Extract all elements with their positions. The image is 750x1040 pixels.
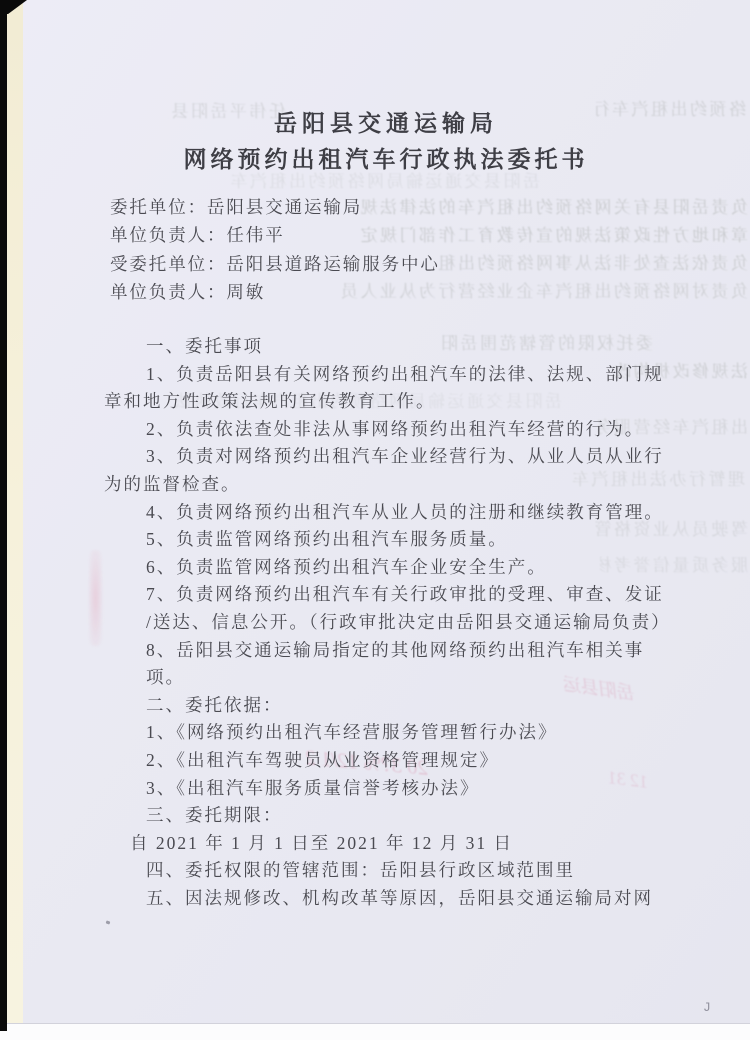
body-line: /送达、信息公开。（行政审批决定由岳阳县交通运输局负责） <box>104 609 710 637</box>
scanned-document-page: 任伟平岳阳县交通络预约出租汽车行岳阳县交通运输局网络预约出租汽车行政负责岳阳县有… <box>0 0 750 1040</box>
page-corner-mark: J <box>703 1000 711 1015</box>
body-line: 1、负责岳阳县有关网络预约出租汽车的法律、法规、部门规 <box>104 361 710 389</box>
body-line: 三、委托期限： <box>104 802 710 830</box>
body-line: 5、负责监管网络预约出租汽车服务质量。 <box>104 526 710 554</box>
scanner-bed-corner <box>0 1031 8 1040</box>
document-title-line2: 网络预约出租汽车行政执法委托书 <box>24 141 748 174</box>
header-fields: 委托单位：岳阳县交通运输局单位负责人：任伟平受委托单位：岳阳县道路运输服务中心单… <box>110 193 440 307</box>
body-line: 3、《出租汽车服务质量信誉考核办法》 <box>104 775 710 803</box>
body-line: 为的监督检查。 <box>104 471 710 499</box>
under-page-edge <box>7 0 23 1024</box>
body-line: 8、岳阳县交通运输局指定的其他网络预约出租汽车相关事 <box>104 637 710 665</box>
body-line: 4、负责网络预约出租汽车从业人员的注册和继续教育管理。 <box>104 499 710 527</box>
body-line: 项。 <box>104 664 710 692</box>
field-line: 单位负责人：任伟平 <box>110 221 440 249</box>
field-line: 委托单位：岳阳县交通运输局 <box>110 193 440 221</box>
scanner-bed-bottom <box>7 1023 750 1040</box>
field-line: 受委托单位：岳阳县道路运输服务中心 <box>110 250 440 278</box>
body-line: 7、负责网络预约出租汽车有关行政审批的受理、审查、发证 <box>104 581 710 609</box>
ink-speck <box>106 920 111 924</box>
body-line: 四、委托权限的管辖范围：岳阳县行政区域范围里 <box>104 857 710 885</box>
scan-edge-left <box>0 0 7 1031</box>
body-line: 3、负责对网络预约出租汽车企业经营行为、从业人员从业行 <box>104 443 710 471</box>
bleedthrough-text: 负责依法查处非法从事网络预约出租 <box>424 252 748 275</box>
field-line: 单位负责人：周敏 <box>110 278 440 306</box>
body-line: 2、《出租汽车驾驶员从业资格管理规定》 <box>104 747 710 775</box>
body-line: 章和地方性政策法规的宣传教育工作。 <box>104 388 710 416</box>
body-line: 自 2021 年 1 月 1 日至 2021 年 12 月 31 日 <box>104 830 710 858</box>
document-body: 一、委托事项1、负责岳阳县有关网络预约出租汽车的法律、法规、部门规章和地方性政策… <box>104 333 710 912</box>
document-title-line1: 岳阳县交通运输局 <box>24 105 748 138</box>
body-line: 6、负责监管网络预约出租汽车企业安全生产。 <box>104 554 710 582</box>
pink-ink-smudge <box>89 550 102 646</box>
body-line: 五、因法规修改、机构改革等原因，岳阳县交通运输局对网 <box>104 885 710 913</box>
body-line: 2、负责依法查处非法从事网络预约出租汽车经营的行为。 <box>104 416 710 444</box>
body-line: 二、委托依据： <box>104 692 710 720</box>
body-line: 1、《网络预约出租汽车经营服务管理暂行办法》 <box>104 719 710 747</box>
body-line: 一、委托事项 <box>104 333 710 361</box>
